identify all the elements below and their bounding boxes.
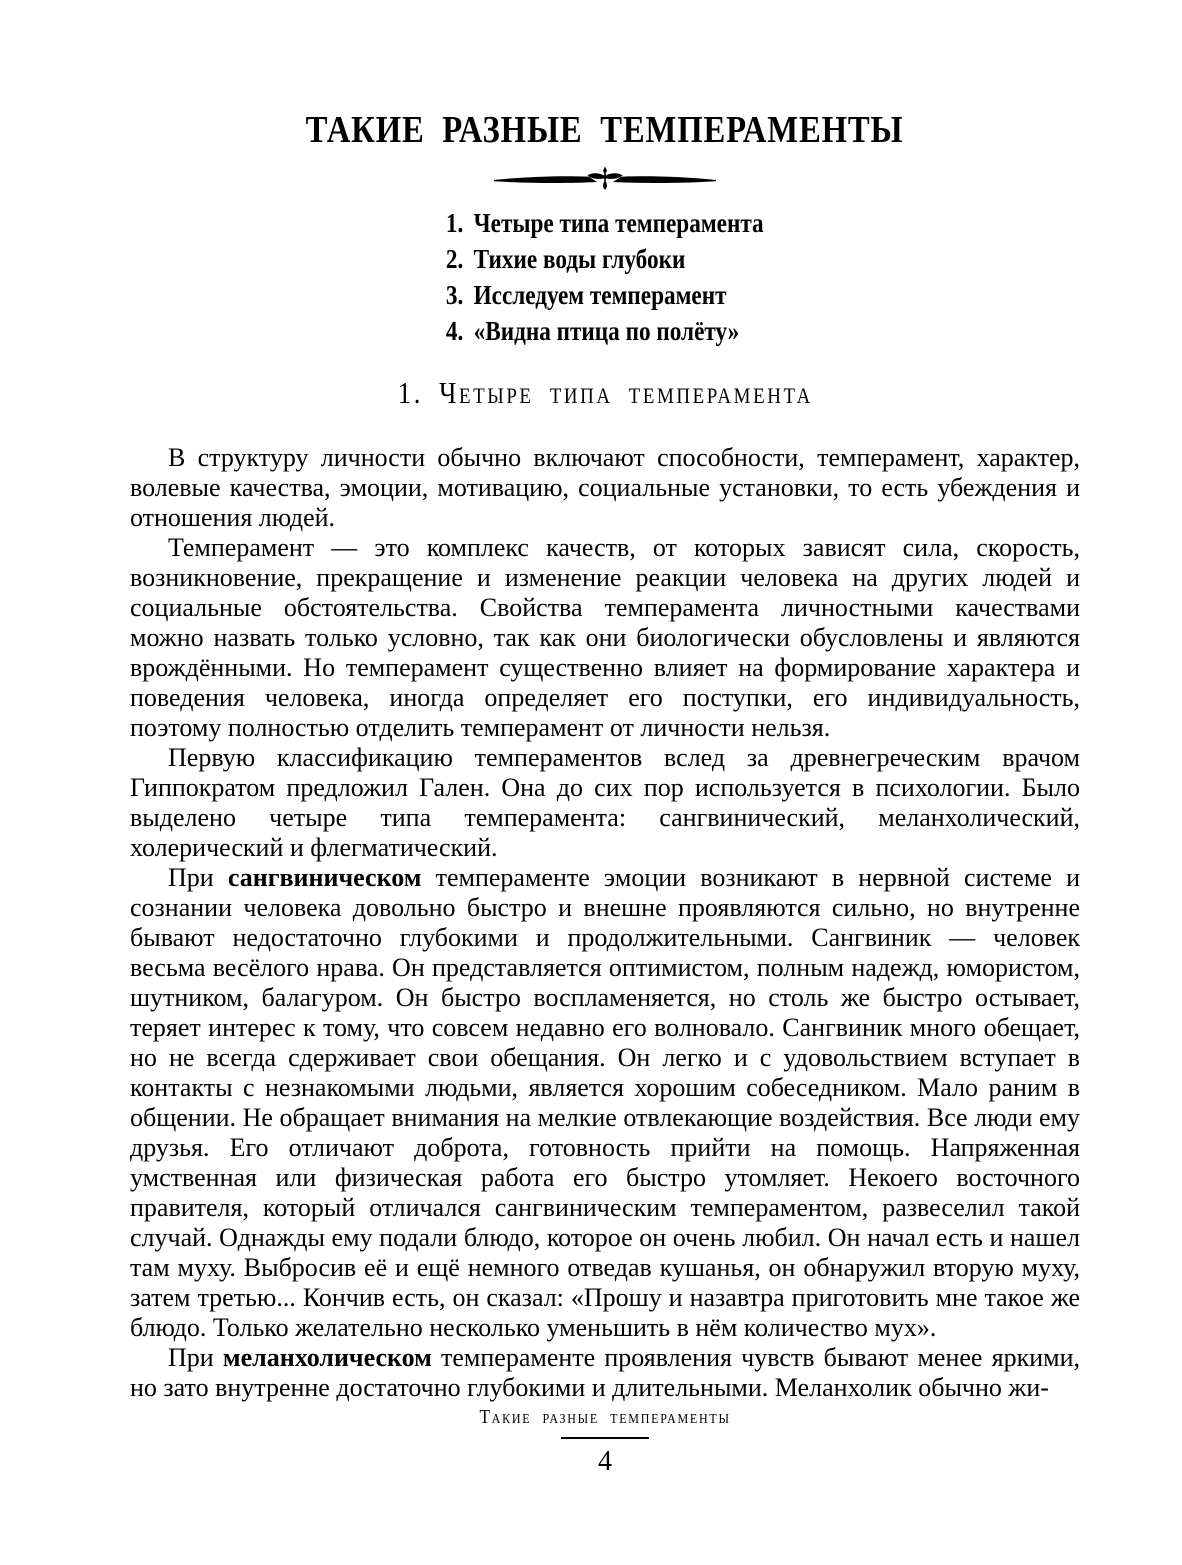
toc-item-number: 3. [446,277,463,313]
toc-item: 3.Исследуем темперамент [446,277,764,313]
toc-item-label: Исследуем темперамент [474,280,727,310]
section-heading: 1. Четыре типа темперамента [130,376,1080,410]
divider-ornament [130,164,1080,194]
running-title: Такие разные темпераменты [130,1406,1080,1428]
text-segment: В структуру личности обычно включают спо… [130,443,1080,532]
text-segment: При [168,863,228,892]
fleuron-divider-icon [491,164,719,194]
text-segment: темпераменте эмоции возникают в нервной … [130,863,1080,1342]
table-of-contents: 1.Четыре типа темперамента2.Тихие воды г… [130,205,1080,349]
bold-term: меланхолическом [223,1343,432,1372]
page-title: ТАКИЕ РАЗНЫЕ ТЕМПЕРАМЕНТЫ [130,110,1080,150]
toc-item-number: 2. [446,241,463,277]
text-segment: При [168,1343,223,1372]
paragraph: Темперамент — это комплекс качеств, от к… [130,533,1080,743]
running-title-text: Такие разные темпераменты [479,1406,730,1428]
paragraph: При меланхолическом темпераменте проявле… [130,1343,1080,1403]
toc-item: 2.Тихие воды глубоки [446,241,764,277]
text-segment: Первую классификацию темпераментов вслед… [130,743,1080,862]
toc-item: 1.Четыре типа темперамента [446,205,764,241]
section-number: 1. [397,375,422,410]
paragraph: В структуру личности обычно включают спо… [130,443,1080,533]
bold-term: сангвиническом [228,863,422,892]
paragraph: При сангвиническом темпераменте эмоции в… [130,863,1080,1343]
toc-item-label: «Видна птица по полёту» [474,316,740,346]
toc-item-label: Четыре типа темперамента [474,208,764,238]
page-number: 4 [130,1446,1080,1478]
footer-rule [561,1437,649,1439]
book-page: ТАКИЕ РАЗНЫЕ ТЕМПЕРАМЕНТЫ 1.Четыре типа … [0,0,1182,1565]
toc-item-number: 1. [446,205,463,241]
toc-item-label: Тихие воды глубоки [474,244,686,274]
body-text: В структуру личности обычно включают спо… [130,443,1080,1403]
paragraph: Первую классификацию темпераментов вслед… [130,743,1080,863]
toc-item: 4.«Видна птица по полёту» [446,313,764,349]
toc-list: 1.Четыре типа темперамента2.Тихие воды г… [446,205,764,349]
page-title-text: ТАКИЕ РАЗНЫЕ ТЕМПЕРАМЕНТЫ [306,110,904,150]
toc-item-number: 4. [446,313,463,349]
section-title: Четыре типа темперамента [439,375,813,410]
text-segment: Темперамент — это комплекс качеств, от к… [130,533,1080,742]
